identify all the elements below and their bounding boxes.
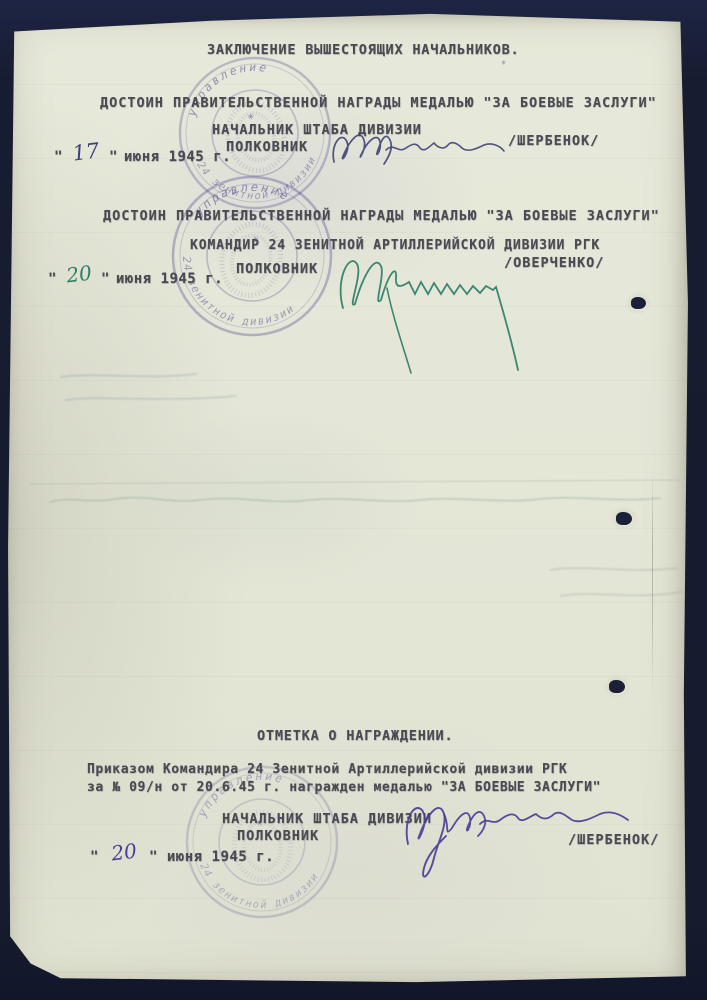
order-line-1: Приказом Командира 24 Зенитной Артиллери… (87, 762, 567, 777)
paper-hole (609, 680, 625, 693)
entry1-position: НАЧАЛЬНИК ШТАБА ДИВИЗИИ (212, 122, 422, 138)
entry1-surname: /ШЕРБЕНОК/ (508, 133, 599, 149)
entry1-rank: ПОЛКОВНИК (226, 139, 308, 155)
entry2-date: " 20 " июня 1945 г. (48, 271, 223, 287)
document-page: ✳ управление 24 зенитной дивизии ✳ управ… (6, 10, 690, 987)
round-seal-stamp-middle: ✳ управление 24 зенитной дивизии (152, 156, 351, 355)
order-line-2: за № 09/н от 20.6.45 г. награжден медаль… (87, 780, 601, 795)
note-surname: /ШЕРБЕНОК/ (568, 832, 659, 848)
entry1-handwritten-day: 17 (68, 140, 104, 165)
section-title-award-note: ОТМЕТКА О НАГРАЖДЕНИИ. (257, 728, 453, 744)
note-date: " 20 " июня 1945 г. (90, 849, 274, 865)
paper-hole (616, 512, 632, 525)
quote-mark: " (54, 149, 63, 165)
note-rank: ПОЛКОВНИК (237, 828, 319, 844)
entry2-position: КОМАНДИР 24 ЗЕНИТНОЙ АРТИЛЛЕРИЙСКОЙ ДИВИ… (190, 238, 600, 253)
paper-hole (631, 297, 646, 309)
worthy-of-award-line-1: ДОСТОИН ПРАВИТЕЛЬСТВЕННОЙ НАГРАДЫ МЕДАЛЬ… (100, 95, 657, 111)
section-title-conclusion: ЗАКЛЮЧЕНИЕ ВЫШЕСТОЯЩИХ НАЧАЛЬНИКОВ. (207, 42, 519, 58)
quote-mark: " (149, 849, 158, 865)
ink-bleedthrough-smudge (56, 362, 256, 412)
ink-bleedthrough-line (30, 472, 680, 512)
quote-mark: " (90, 849, 99, 865)
note-date-text: июня 1945 г. (167, 849, 274, 865)
scanned-award-document: { "page": { "background": "#1a2138", "pa… (0, 0, 707, 1000)
worthy-of-award-line-2: ДОСТОИН ПРАВИТЕЛЬСТВЕННОЙ НАГРАДЫ МЕДАЛЬ… (103, 208, 660, 224)
entry1-date: " 17 " июня 1945 г. (54, 149, 231, 165)
note-handwritten-day: 20 (107, 840, 141, 864)
entry2-handwritten-day: 20 (62, 262, 96, 286)
quote-mark: " (101, 271, 110, 287)
ink-bleedthrough-smudge (546, 558, 686, 608)
entry2-date-text: июня 1945 г. (116, 271, 223, 287)
paper-crease (652, 470, 653, 695)
entry2-surname: /ОВЕРЧЕНКО/ (504, 255, 604, 271)
quote-mark: " (48, 271, 57, 287)
entry2-rank: ПОЛКОВНИК (236, 261, 318, 277)
note-position: НАЧАЛЬНИК ШТАБА ДИВИЗИИ (222, 811, 432, 827)
quote-mark: " (109, 149, 118, 165)
entry1-date-text: июня 1945 г. (124, 149, 231, 165)
ink-fleck: ✳ (501, 58, 506, 68)
